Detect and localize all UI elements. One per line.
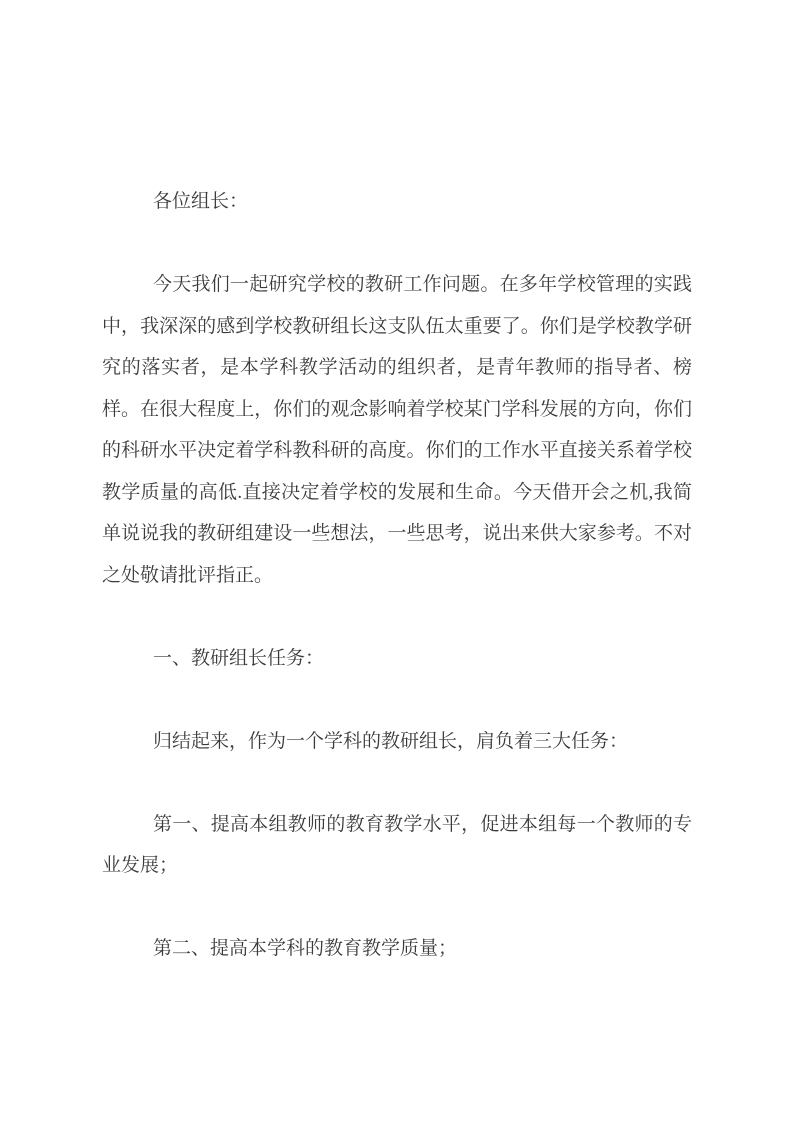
tasks-intro-paragraph: 归结起来，作为一个学科的教研组长，肩负着三大任务：: [102, 721, 692, 763]
salutation-line: 各位组长：: [102, 181, 692, 223]
task-one-paragraph: 第一、提高本组教师的教育教学水平，促进本组每一个教师的专业发展；: [102, 804, 692, 887]
document-body: 各位组长： 今天我们一起研究学校的教研工作问题。在多年学校管理的实践中，我深深的…: [102, 181, 692, 970]
task-two-paragraph: 第二、提高本学科的教育教学质量；: [102, 928, 692, 970]
section-heading-one: 一、教研组长任务：: [102, 638, 692, 680]
document-page: 各位组长： 今天我们一起研究学校的教研工作问题。在多年学校管理的实践中，我深深的…: [0, 0, 793, 1122]
opening-paragraph: 今天我们一起研究学校的教研工作问题。在多年学校管理的实践中，我深深的感到学校教研…: [102, 264, 692, 596]
